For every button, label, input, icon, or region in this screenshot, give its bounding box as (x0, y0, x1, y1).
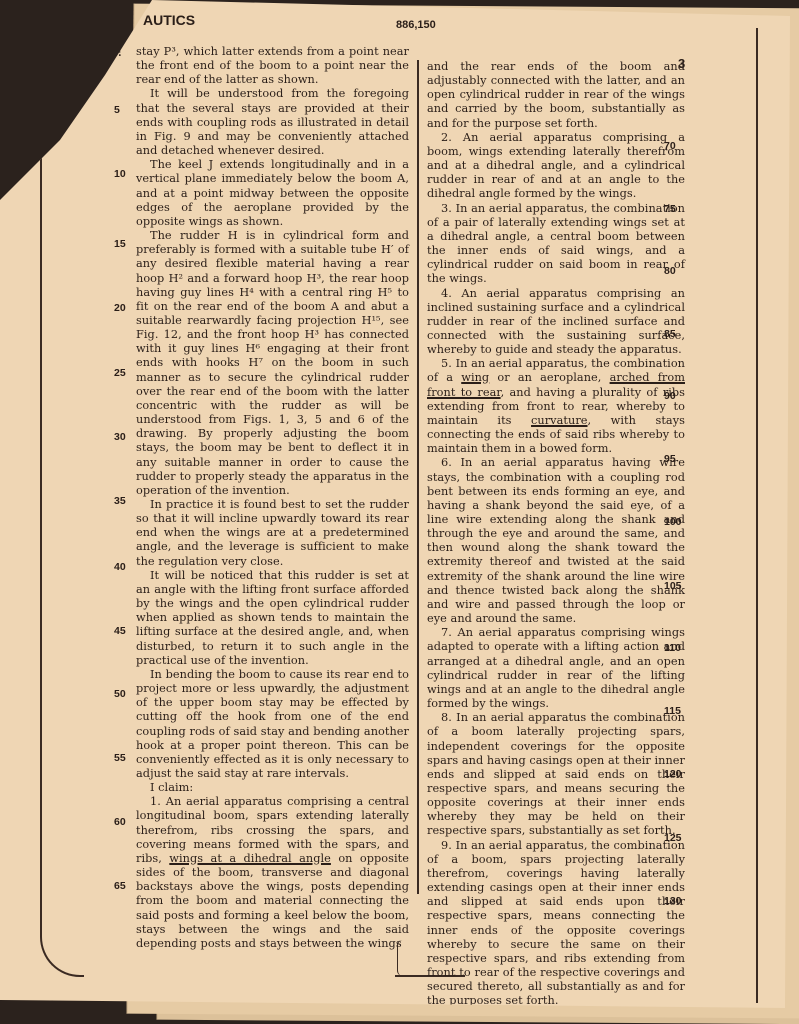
line-number: 100 (664, 516, 682, 528)
line-number: 130 (664, 895, 682, 907)
claim-8: 8. In an aerial apparatus the combinatio… (427, 711, 685, 838)
line-number: 75 (664, 203, 676, 215)
claim-text: or an aeroplane, (489, 371, 609, 384)
claim-2: 2. An aerial apparatus comprising a boom… (427, 131, 685, 202)
line-number: 115 (664, 705, 681, 717)
underlined-text: wing (461, 371, 489, 384)
paragraph: It will be noticed that this rudder is s… (136, 569, 409, 668)
line-number: 105 (664, 580, 682, 592)
underlined-text: curvature (531, 414, 587, 427)
line-number: 15 (114, 238, 126, 250)
claim-6: 6. In an aerial apparatus having wire st… (427, 456, 685, 626)
page-border-right (752, 28, 758, 1003)
line-number: 125 (664, 832, 682, 844)
claim-5: 5. In an aerial apparatus, the combinati… (427, 357, 685, 456)
line-number: 55 (114, 752, 126, 764)
line-number: 30 (114, 431, 126, 443)
running-head: AUTICS (143, 12, 195, 28)
line-number: 85 (664, 328, 676, 340)
line-number: 5 (114, 104, 120, 116)
line-number: 25 (114, 367, 126, 379)
patent-page: AUTICS 886,150 3 ! stay P³, which latter… (0, 0, 790, 1008)
column-divider (417, 60, 419, 894)
left-column: stay P³, which latter extends from a poi… (136, 45, 409, 951)
patent-number: 886,150 (396, 19, 436, 31)
claim-9: 9. In an aerial apparatus, the combinati… (427, 839, 685, 1009)
line-number: 80 (664, 265, 676, 277)
claim-3: 3. In an aerial apparatus, the combinati… (427, 202, 685, 287)
page-border-left (40, 125, 84, 977)
paragraph: It will be understood from the foregoing… (136, 87, 409, 158)
line-number: 95 (664, 453, 676, 465)
claim-text: on opposite sides of the boom, transvers… (136, 852, 409, 950)
line-number: 45 (114, 625, 126, 637)
underlined-text: wings at a dihedral angle (169, 852, 331, 865)
line-number: 65 (114, 880, 126, 892)
line-number: 70 (664, 140, 676, 152)
line-number: 20 (114, 302, 126, 314)
line-number: 50 (114, 688, 126, 700)
line-number: 60 (114, 816, 126, 828)
paragraph: stay P³, which latter extends from a poi… (136, 45, 409, 87)
line-number: 10 (114, 168, 126, 180)
claims-heading: I claim: (136, 781, 409, 795)
claim-7: 7. An aerial apparatus comprising wings … (427, 626, 685, 711)
claim-1: 1. An aerial apparatus comprising a cent… (136, 795, 409, 951)
line-number: 35 (114, 495, 126, 507)
line-number: 40 (114, 561, 126, 573)
paragraph: In bending the boom to cause its rear en… (136, 668, 409, 781)
paragraph: The rudder H is in cylindrical form and … (136, 229, 409, 498)
line-number: 120 (664, 768, 682, 780)
paragraph: In practice it is found best to set the … (136, 498, 409, 569)
line-number: 110 (664, 642, 681, 654)
claim-4: 4. An aerial apparatus comprising an inc… (427, 287, 685, 358)
margin-mark-icon: ! (117, 44, 123, 60)
line-number: 90 (664, 390, 676, 402)
paragraph: and the rear ends of the boom and adjust… (427, 60, 685, 131)
paragraph: The keel J extends longitudinally and in… (136, 158, 409, 229)
right-column: and the rear ends of the boom and adjust… (427, 60, 685, 1008)
